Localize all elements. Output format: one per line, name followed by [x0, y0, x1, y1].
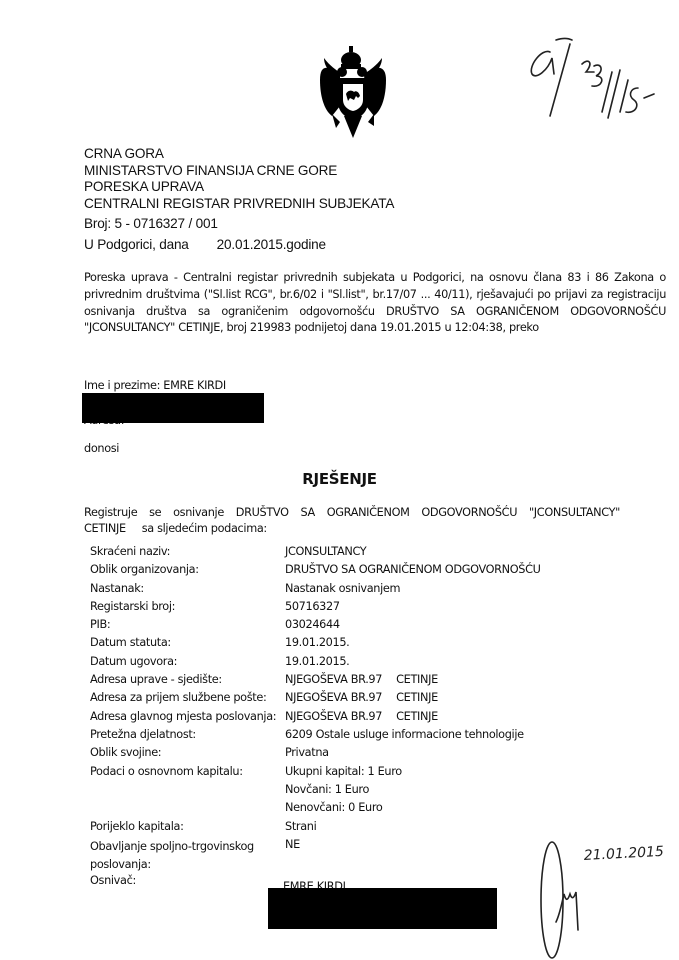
registration-statement: Registruje se osnivanje DRUŠTVO SA OGRAN…: [84, 505, 620, 537]
document-page: CRNA GORA MINISTARSTVO FINANSIJA CRNE GO…: [0, 0, 679, 960]
document-header: CRNA GORA MINISTARSTVO FINANSIJA CRNE GO…: [84, 146, 394, 254]
field-value: NJEGOŠEVA BR.97CETINJE: [285, 691, 438, 704]
field-label: Podaci o osnovnom kapitalu:: [90, 765, 243, 778]
handwritten-note: [520, 30, 670, 135]
field-value: NJEGOŠEVA BR.97CETINJE: [285, 710, 438, 723]
registration-suffix: sa sljedećim podacima:: [142, 522, 267, 535]
field-label: Porijeklo kapitala:: [90, 820, 184, 833]
country-name: CRNA GORA: [84, 146, 394, 163]
document-place-date: U Podgorici, dana20.01.2015.godine: [84, 235, 394, 254]
capital-non-monetary: Nenovčani: 0 Euro: [285, 801, 402, 819]
city: CETINJE: [396, 691, 438, 704]
document-number: Broj: 5 - 0716327 / 001: [84, 214, 394, 233]
field-label: Datum ugovora:: [90, 655, 177, 668]
field-label: Adresa glavnog mjesta poslovanja:: [90, 710, 276, 723]
field-value: DRUŠTVO SA OGRANIČENOM ODGOVORNOŠĆU: [285, 563, 541, 576]
field-value: 19.01.2015.: [285, 655, 349, 668]
field-label: Skraćeni naziv:: [90, 545, 170, 558]
registration-city: CETINJE: [84, 522, 126, 535]
registration-line-2: CETINJEsa sljedećim podacima:: [84, 521, 620, 537]
registry-name: CENTRALNI REGISTAR PRIVREDNIH SUBJEKATA: [84, 196, 394, 213]
field-value: Ukupni kapital: 1 EuroNovčani: 1 EuroNen…: [285, 765, 402, 820]
ministry-name: MINISTARSTVO FINANSIJA CRNE GORE: [84, 163, 394, 180]
field-value: 50716327: [285, 600, 340, 613]
field-label: Oblik svojine:: [90, 746, 161, 759]
coat-of-arms-icon: [318, 44, 390, 140]
street: NJEGOŠEVA BR.97: [285, 710, 382, 723]
field-value: Privatna: [285, 746, 329, 759]
field-label: Adresa za prijem službene pošte:: [90, 691, 266, 704]
field-label: Pretežna djelatnost:: [90, 728, 196, 741]
field-label: Registarski broj:: [90, 600, 175, 613]
verb-donosi: donosi: [84, 442, 119, 455]
field-label: Oblik organizovanja:: [90, 563, 199, 576]
field-value: 6209 Ostale usluge informacione tehnolog…: [285, 728, 524, 741]
intro-paragraph: Poreska uprava - Centralni registar priv…: [84, 270, 666, 337]
field-value: NJEGOŠEVA BR.97CETINJE: [285, 673, 438, 686]
city: CETINJE: [396, 710, 438, 723]
field-label: Osnivač:: [90, 874, 136, 887]
intro-text: Poreska uprava - Centralni registar priv…: [84, 270, 666, 337]
field-label: Adresa uprave - sjedište:: [90, 673, 222, 686]
field-value: Nastanak osnivanjem: [285, 582, 400, 595]
field-value: 03024644: [285, 618, 340, 631]
field-value: Strani: [285, 820, 316, 833]
field-label: PIB:: [90, 618, 110, 631]
registration-line-1: Registruje se osnivanje DRUŠTVO SA OGRAN…: [84, 505, 620, 521]
street: NJEGOŠEVA BR.97: [285, 691, 382, 704]
field-label: Datum statuta:: [90, 636, 171, 649]
redaction-box: [82, 393, 264, 423]
issue-date: 20.01.2015.godine: [217, 237, 326, 252]
agency-name: PORESKA UPRAVA: [84, 179, 394, 196]
field-value: JCONSULTANCY: [285, 545, 366, 558]
capital-total: Ukupni kapital: 1 Euro: [285, 765, 402, 783]
field-value: 19.01.2015.: [285, 636, 349, 649]
applicant-name: Ime i prezime: EMRE KIRDI: [84, 379, 226, 392]
field-label: Obavljanje spoljno-trgovinskog poslovanj…: [90, 838, 270, 874]
signature-date: 21.01.2015: [583, 844, 664, 864]
city: CETINJE: [396, 673, 438, 686]
handwritten-signature: 21.01.2015: [540, 830, 679, 960]
capital-monetary: Novčani: 1 Euro: [285, 783, 402, 801]
decision-title: RJEŠENJE: [0, 470, 679, 488]
field-value: NE: [285, 838, 300, 851]
street: NJEGOŠEVA BR.97: [285, 673, 382, 686]
redaction-box: [268, 888, 497, 929]
place: U Podgorici, dana: [84, 237, 189, 252]
field-label: Nastanak:: [90, 582, 144, 595]
